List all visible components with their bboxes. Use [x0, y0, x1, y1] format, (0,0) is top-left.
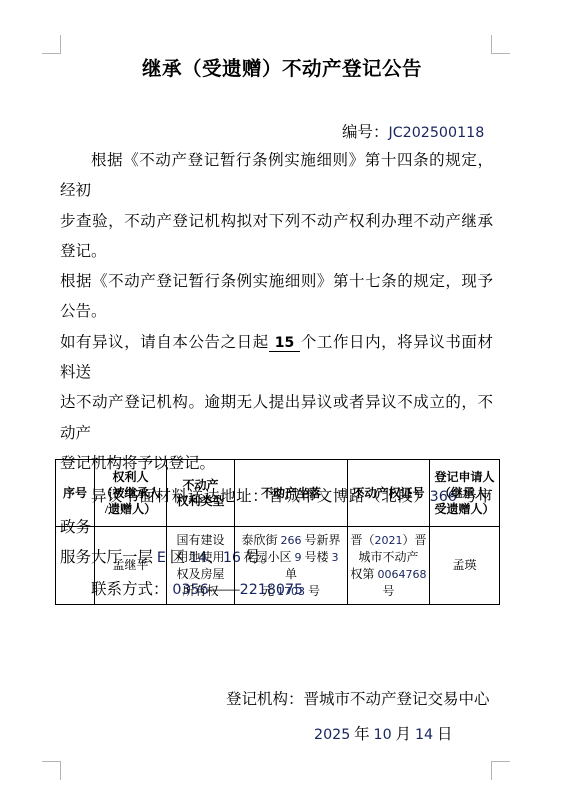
cell-cert-number: 晋（2021）晋 城市不动产 权第 0064768 号 — [348, 527, 430, 605]
column-header-location: 不动产坐落 — [235, 460, 348, 527]
registration-table: 序号 权利人 （被继承人 /遗赠人） 不动产 权利类型 不动产坐落 不动产权证号… — [55, 459, 500, 605]
column-header-rights-holder: 权利人 （被继承人 /遗赠人） — [95, 460, 167, 527]
notice-date: 2025 年 10 月 14 日 — [314, 722, 452, 744]
page-title: 继承（受遗赠）不动产登记公告 — [0, 53, 564, 81]
doc-number-value: JC202500118 — [389, 124, 485, 141]
paragraph-line-3: 根据《不动产登记暂行条例实施细则》第十七条的规定，现予公告。 — [60, 267, 493, 328]
crop-mark-top-left — [42, 35, 61, 54]
crop-mark-bottom-right — [491, 761, 510, 780]
paragraph-line-5: 达不动产登记机构。逾期无人提出异议或者异议不成立的，不动产 — [60, 388, 493, 449]
cell-location: 泰欣街 266 号新界 花园小区 9 号楼 3 单 元 1703 号 — [235, 527, 348, 605]
cell-right-type: 国有建设 用地使用 权及房屋 所有权 — [167, 527, 235, 605]
crop-mark-top-right — [491, 35, 510, 54]
column-header-seq: 序号 — [56, 460, 95, 527]
objection-days-value: 15 — [269, 335, 300, 352]
crop-mark-bottom-left — [42, 761, 61, 780]
doc-number: 编号：JC202500118 — [342, 120, 484, 142]
table-row: 孟继平 国有建设 用地使用 权及房屋 所有权 泰欣街 266 号新界 花园小区 … — [56, 527, 500, 605]
registration-agency: 登记机构：晋城市不动产登记交易中心 — [226, 687, 490, 709]
column-header-cert-number: 不动产权证号 — [348, 460, 430, 527]
objection-text-prefix: 如有异议，请自本公告之日起 — [60, 334, 269, 351]
paragraph-line-2: 步查验，不动产登记机构拟对下列不动产权利办理不动产继承登记。 — [60, 207, 493, 268]
column-header-applicant: 登记申请人 （继承人/ 受遗赠人） — [430, 460, 500, 527]
column-header-right-type: 不动产 权利类型 — [167, 460, 235, 527]
doc-number-label: 编号： — [342, 124, 389, 141]
cell-rights-holder: 孟继平 — [95, 527, 167, 605]
paragraph-line-4: 如有异议，请自本公告之日起15个工作日内，将异议书面材料送 — [60, 328, 493, 389]
notice-page: 继承（受遗赠）不动产登记公告 编号：JC202500118 根据《不动产登记暂行… — [0, 0, 564, 810]
cell-applicant: 孟瑛 — [430, 527, 500, 605]
cell-seq — [56, 527, 95, 605]
paragraph-line-1: 根据《不动产登记暂行条例实施细则》第十四条的规定，经初 — [60, 146, 493, 207]
table-header-row: 序号 权利人 （被继承人 /遗赠人） 不动产 权利类型 不动产坐落 不动产权证号… — [56, 460, 500, 527]
